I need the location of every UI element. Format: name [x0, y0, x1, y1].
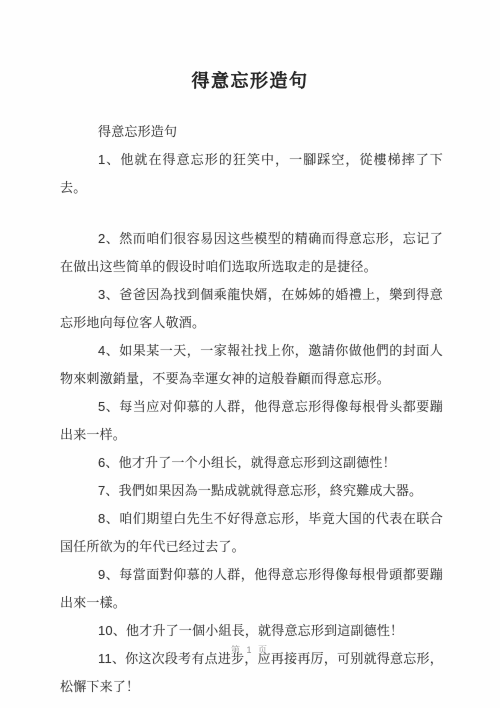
sentence-paragraph: 4、如果某一天，一家報社找上你，邀請你做他們的封面人物來刺激銷量，不要為幸運女神…: [60, 337, 443, 393]
sentence-paragraph: 5、每当应对仰慕的人群，他得意忘形得像每根骨头都要蹦出来一样。: [60, 393, 443, 449]
sentence-paragraph: 得意忘形造句: [60, 118, 443, 146]
sentence-paragraph: 8、咱们期望白先生不好得意忘形，毕竟大国的代表在联合国任所欲为的年代已经过去了。: [60, 505, 443, 561]
sentence-paragraph: 3、爸爸因為找到個乘龍快婿，在姊姊的婚禮上，樂到得意忘形地向每位客人敬酒。: [60, 281, 443, 337]
sentence-paragraph: 10、他才升了一個小組長，就得意忘形到這副德性！: [60, 617, 443, 645]
document-body: 得意忘形造句1、他就在得意忘形的狂笑中，一腳踩空，從樓梯摔了下去。2、然而咱们很…: [60, 118, 443, 701]
document-title: 得意忘形造句: [0, 0, 500, 91]
sentence-paragraph: 1、他就在得意忘形的狂笑中，一腳踩空，從樓梯摔了下去。: [60, 146, 443, 202]
sentence-paragraph: 9、每當面對仰慕的人群，他得意忘形得像每根骨頭都要蹦出來一樣。: [60, 561, 443, 617]
document-page: 得意忘形造句 得意忘形造句1、他就在得意忘形的狂笑中，一腳踩空，從樓梯摔了下去。…: [0, 0, 500, 708]
sentence-paragraph: 2、然而咱们很容易因这些模型的精确而得意忘形，忘记了在做出这些简单的假设时咱们选…: [60, 225, 443, 281]
page-number: 第 1 页: [0, 644, 500, 656]
sentence-paragraph: 6、他才升了一个小组长，就得意忘形到这副德性！: [60, 449, 443, 477]
sentence-paragraph: 7、我們如果因為一點成就就得意忘形，終究難成大器。: [60, 477, 443, 505]
